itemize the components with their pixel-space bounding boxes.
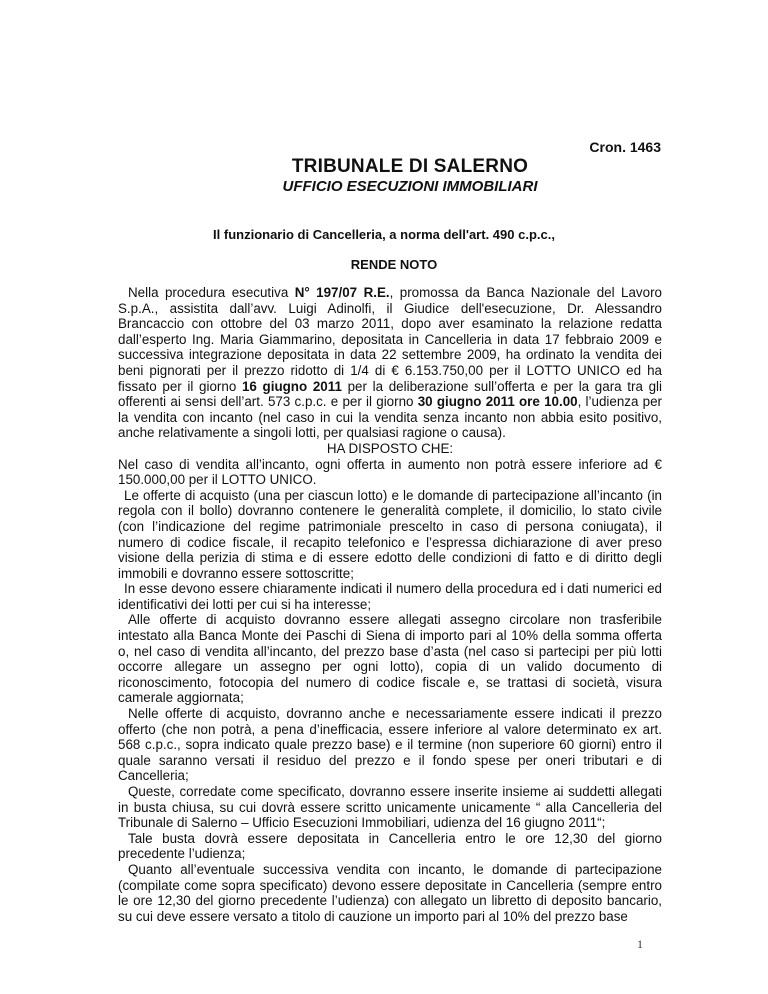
paragraph-offer-content: Le offerte di acquisto (una per ciascun … <box>118 488 662 582</box>
paragraph-price-terms: Nelle offerte di acquisto, dovranno anch… <box>118 706 662 784</box>
text-run: , promossa da Banca Nazionale del Lavoro… <box>118 285 662 394</box>
paragraph-procedure: Nella procedura esecutiva N° 197/07 R.E.… <box>118 285 662 441</box>
cron-number: Cron. 1463 <box>560 139 661 155</box>
paragraph-procedure-data: In esse devono essere chiaramente indica… <box>118 581 662 612</box>
office-subtitle: UFFICIO ESECUZIONI IMMOBILIARI <box>0 178 768 195</box>
rende-noto-heading: RENDE NOTO <box>0 257 768 272</box>
court-title: TRIBUNALE DI SALERNO <box>0 156 768 178</box>
paragraph-min-increment: Nel caso di vendita all’incanto, ogni of… <box>118 457 662 488</box>
document-body: Nella procedura esecutiva N° 197/07 R.E.… <box>118 285 662 924</box>
document-page: Cron. 1463 TRIBUNALE DI SALERNO UFFICIO … <box>0 0 768 994</box>
paragraph-deposit-deadline: Tale busta dovrà essere depositata in Ca… <box>118 831 662 862</box>
procedure-number: N° 197/07 R.E. <box>295 285 390 300</box>
paragraph-incanto: Quanto all’eventuale successiva vendita … <box>118 862 662 924</box>
ha-disposto-heading: HA DISPOSTO CHE: <box>118 441 662 457</box>
auction-date: 30 giugno 2011 ore 10.00 <box>418 394 578 409</box>
page-number: 1 <box>637 937 643 952</box>
deliberation-date: 16 giugno 2011 <box>242 379 342 394</box>
text-run: Nella procedura esecutiva <box>128 285 295 300</box>
intro-line: Il funzionario di Cancelleria, a norma d… <box>0 227 768 242</box>
paragraph-attachments: Alle offerte di acquisto dovranno essere… <box>118 612 662 706</box>
paragraph-envelope: Queste, corredate come specificato, dovr… <box>118 784 662 831</box>
